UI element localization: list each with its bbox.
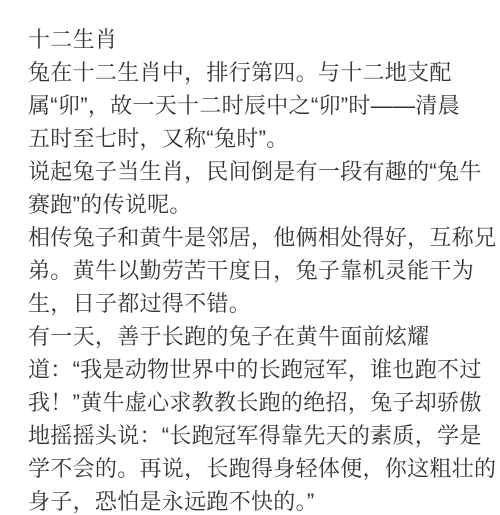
page-title: 十二生肖 [28, 23, 480, 56]
text-line: 有一天，善于长跑的兔子在黄牛面前炫耀 [28, 320, 480, 353]
text-line: 相传兔子和黄牛是邻居，他俩相处得好，互称兄 [28, 221, 480, 254]
text-line: 生，日子都过得不错。 [28, 287, 480, 320]
text-line: 说起兔子当生肖，民间倒是有一段有趣的“兔牛 [28, 155, 480, 188]
text-line: 身子，恐怕是永远跑不快的。” [28, 485, 480, 515]
text-line: 道：“我是动物世界中的长跑冠军，谁也跑不过 [28, 353, 480, 386]
article-page: 十二生肖 兔在十二生肖中，排行第四。与十二地支配 属“卯”，故一天十二时辰中之“… [0, 0, 500, 515]
text-line: 弟。黄牛以勤劳苦干度日，兔子靠机灵能干为 [28, 254, 480, 287]
text-line: 五时至七时，又称“兔时”。 [28, 122, 480, 155]
text-line: 属“卯”，故一天十二时辰中之“卯”时——清晨 [28, 89, 480, 122]
text-line: 兔在十二生肖中，排行第四。与十二地支配 [28, 56, 480, 89]
text-line: 赛跑”的传说呢。 [28, 188, 480, 221]
text-line: 地摇摇头说：“长跑冠军得靠先天的素质，学是 [28, 419, 480, 452]
text-line: 学不会的。再说，长跑得身轻体便，你这粗壮的 [28, 452, 480, 485]
text-line: 我！”黄牛虚心求教教长跑的绝招，兔子却骄傲 [28, 386, 480, 419]
